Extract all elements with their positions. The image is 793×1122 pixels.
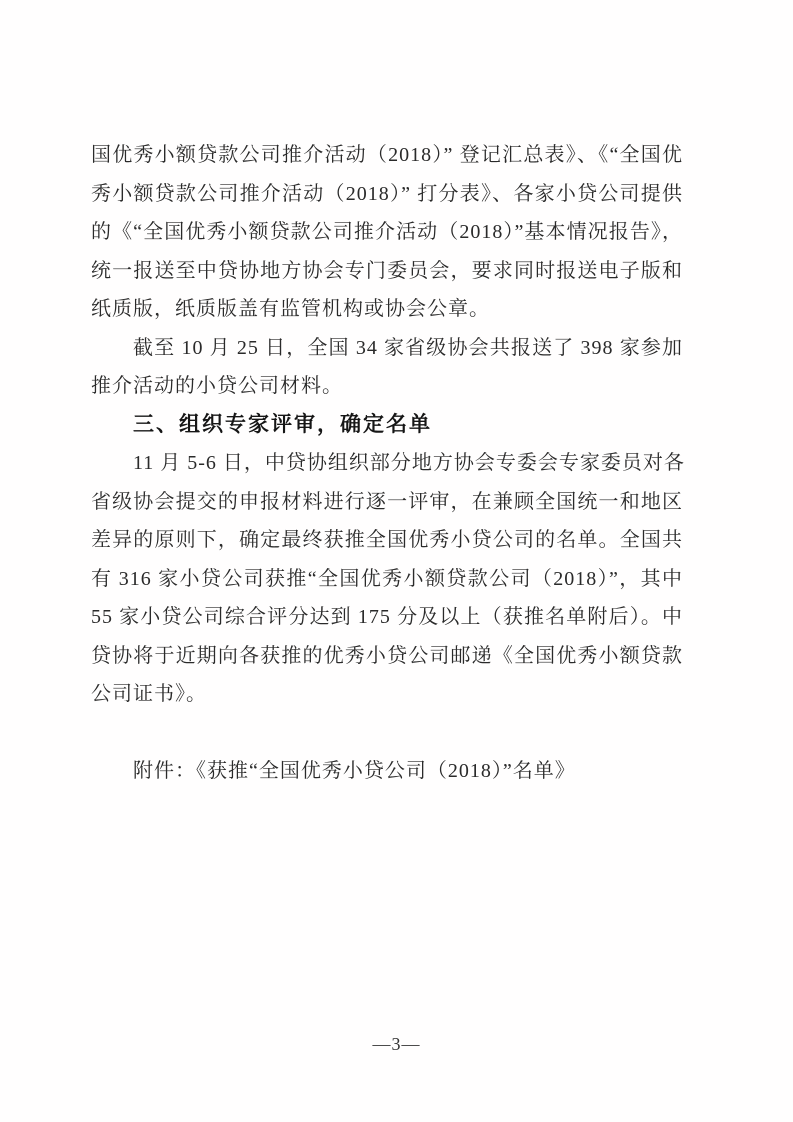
body-line: 11 月 5-6 日，中贷协组织部分地方协会专委会专家委员对各 bbox=[91, 444, 683, 483]
section-heading: 三、组织专家评审，确定名单 bbox=[91, 406, 683, 445]
body-line: 截至 10 月 25 日，全国 34 家省级协会共报送了 398 家参加 bbox=[91, 329, 683, 368]
body-line: 差异的原则下，确定最终获推全国优秀小贷公司的名单。全国共 bbox=[91, 521, 683, 560]
body-line: 推介活动的小贷公司材料。 bbox=[91, 367, 683, 406]
body-line: 公司证书》。 bbox=[91, 675, 683, 714]
body-line: 秀小额贷款公司推介活动（2018）” 打分表》、各家小贷公司提供 bbox=[91, 175, 683, 214]
body-line: 55 家小贷公司综合评分达到 175 分及以上（获推名单附后）。中 bbox=[91, 598, 683, 637]
document-page: 国优秀小额贷款公司推介活动（2018）” 登记汇总表》、《“全国优 秀小额贷款公… bbox=[0, 0, 793, 1122]
page-number: —3— bbox=[0, 1034, 793, 1055]
body-line: 统一报送至中贷协地方协会专门委员会，要求同时报送电子版和 bbox=[91, 252, 683, 291]
body-line: 有 316 家小贷公司获推“全国优秀小额贷款公司（2018）”，其中 bbox=[91, 560, 683, 599]
body-line: 国优秀小额贷款公司推介活动（2018）” 登记汇总表》、《“全国优 bbox=[91, 136, 683, 175]
attachment-line: 附件：《获推“全国优秀小贷公司（2018）”名单》 bbox=[91, 752, 683, 791]
body-line: 的《“全国优秀小额贷款公司推介活动（2018）”基本情况报告》， bbox=[91, 213, 683, 252]
body-line: 省级协会提交的申报材料进行逐一评审，在兼顾全国统一和地区 bbox=[91, 483, 683, 522]
text-block: 国优秀小额贷款公司推介活动（2018）” 登记汇总表》、《“全国优 秀小额贷款公… bbox=[91, 136, 683, 791]
body-line: 贷协将于近期向各获推的优秀小贷公司邮递《全国优秀小额贷款 bbox=[91, 637, 683, 676]
body-line: 纸质版，纸质版盖有监管机构或协会公章。 bbox=[91, 290, 683, 329]
